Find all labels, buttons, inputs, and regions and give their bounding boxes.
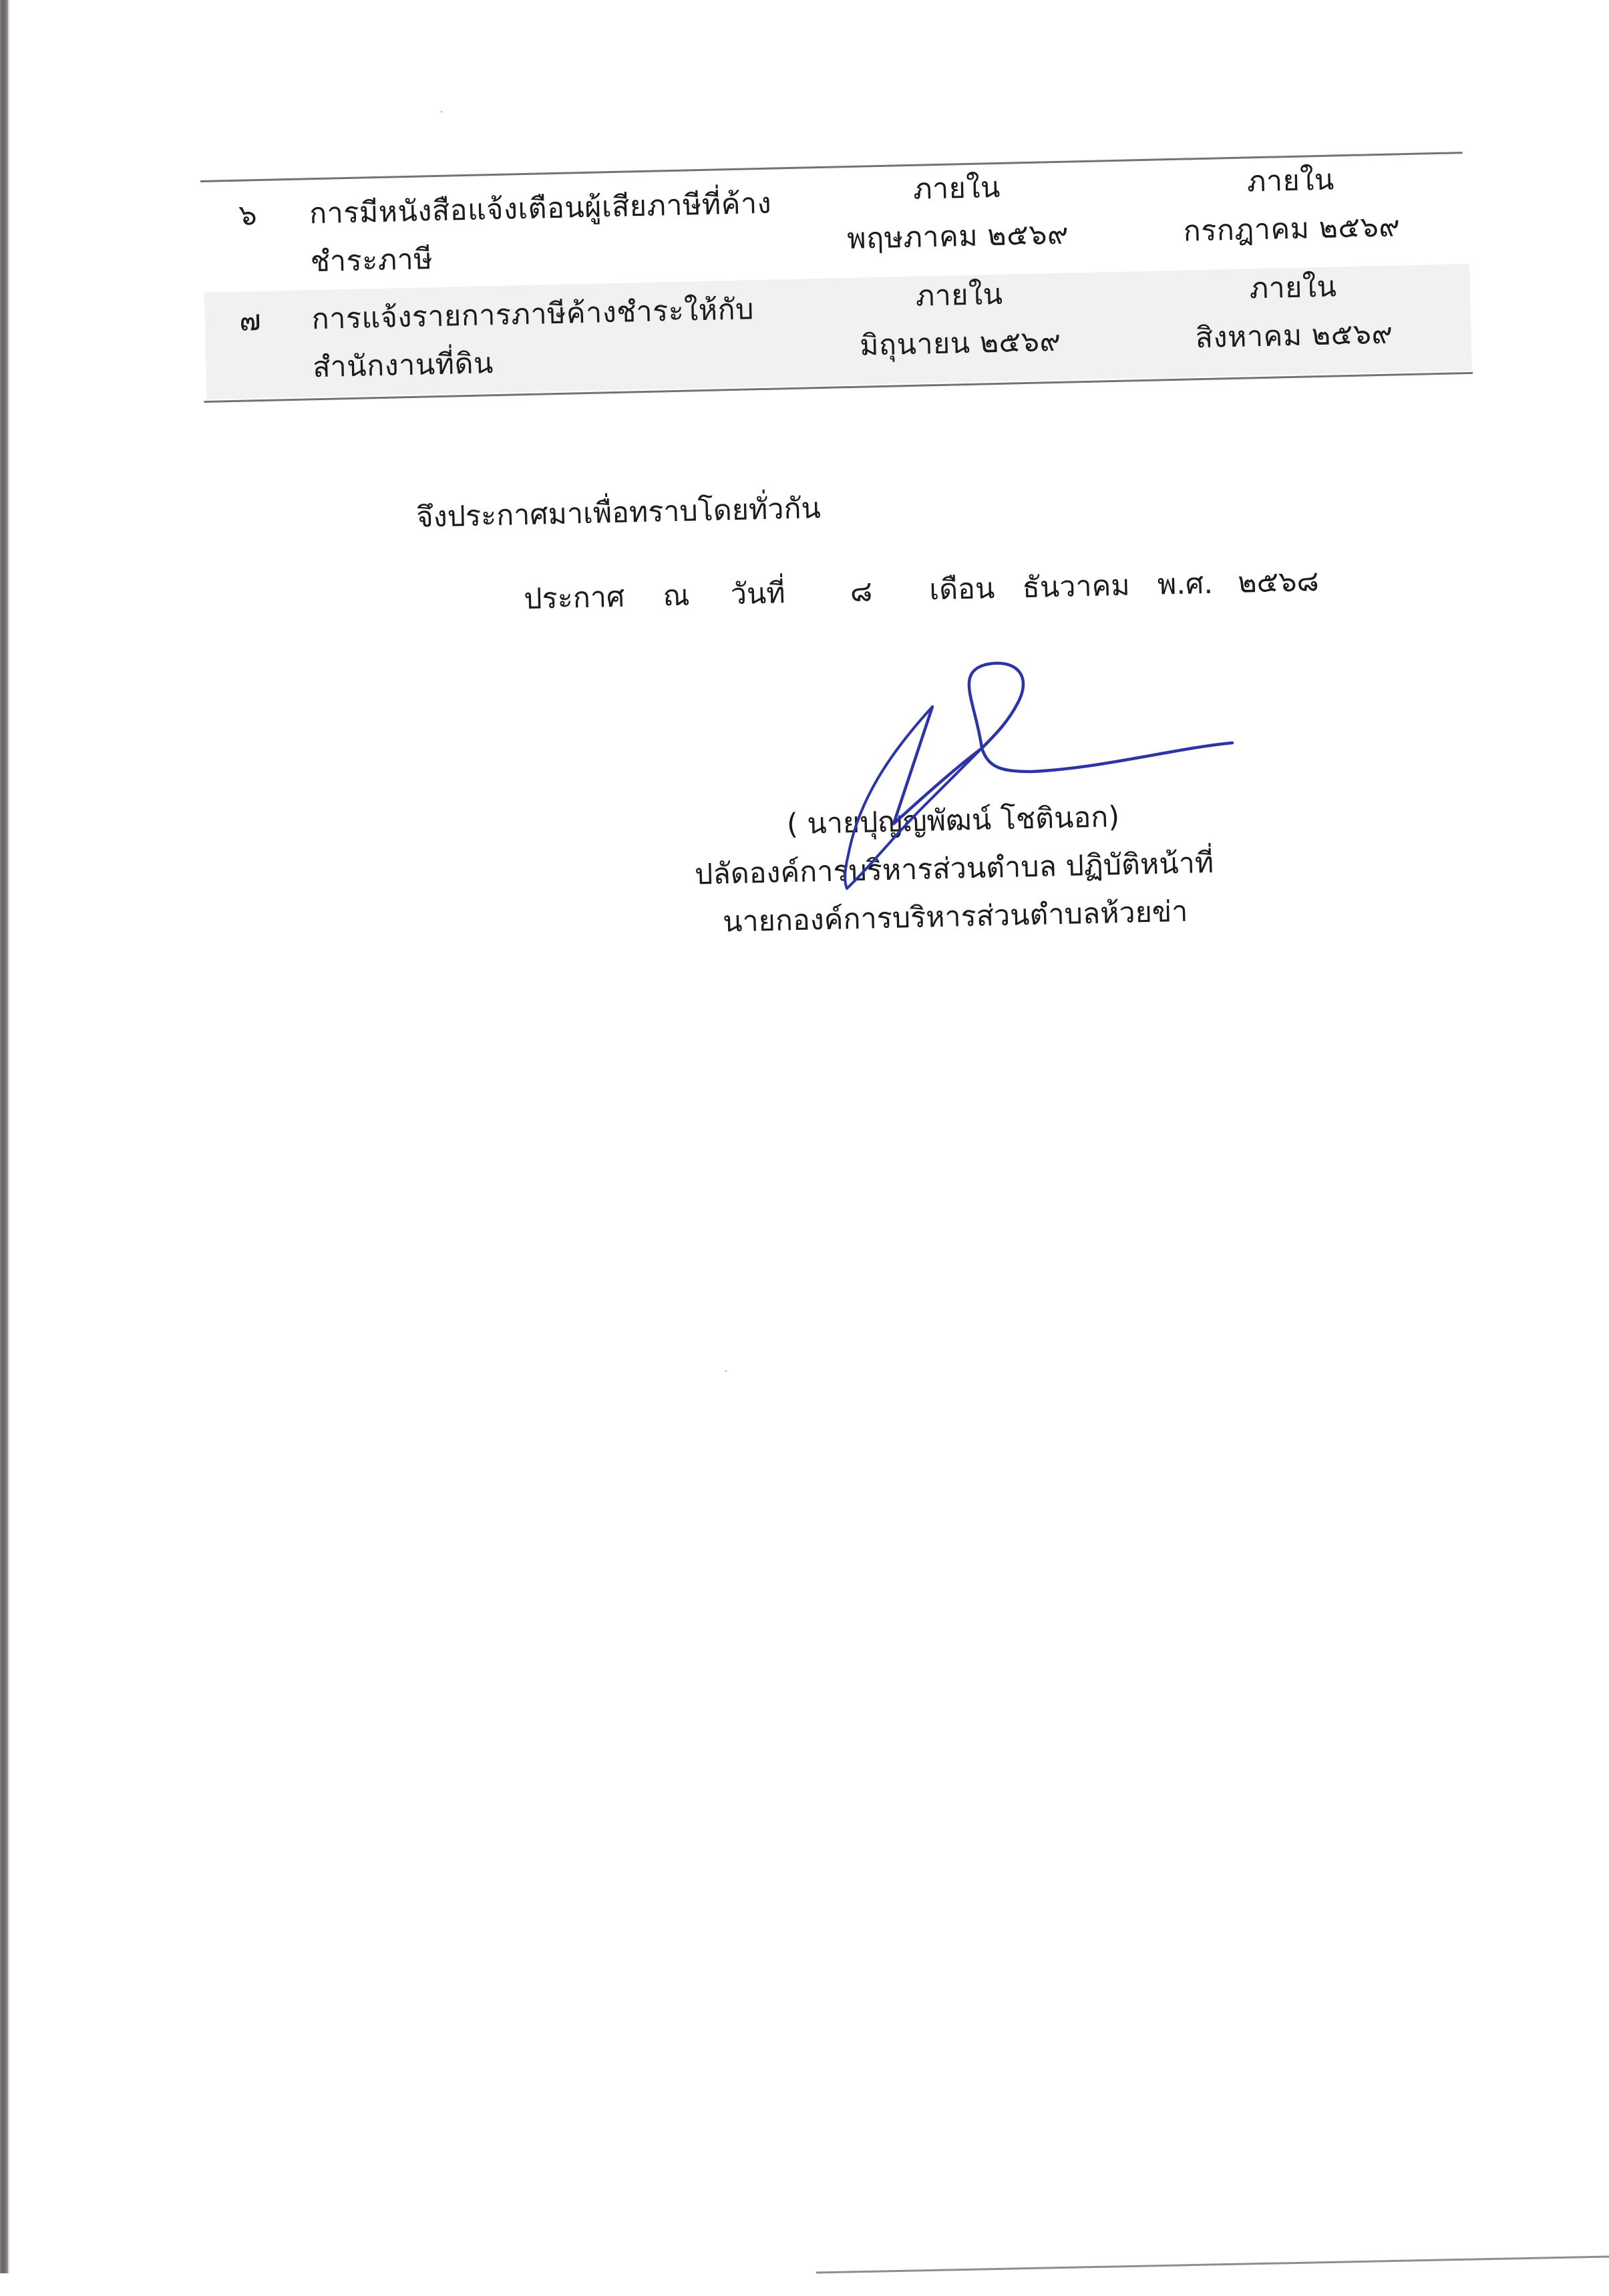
month-value: ธันวาคม [1022, 566, 1130, 609]
table-row: ๖ การมีหนังสือแจ้งเตือนผู้เสียภาษีที่ค้า… [0, 0, 1604, 5]
signature-block: ( นายปุญญพัฒน์ โชตินอก) ปลัดองค์การบริหา… [652, 790, 1256, 947]
announcement-date-line: ประกาศ ณ วันที่ ๘ เดือน ธันวาคม พ.ศ. ๒๕๖… [524, 561, 1320, 619]
day-label: วันที่ [730, 573, 785, 615]
announced-label: ประกาศ [524, 577, 625, 619]
at-label: ณ [663, 576, 690, 617]
day-value: ๘ [850, 571, 873, 612]
schedule-table: ๖ การมีหนังสือแจ้งเตือนผู้เสียภาษีที่ค้า… [0, 0, 1604, 5]
row-end-date: กรกฎาคม ๒๕๖๙ [1151, 202, 1433, 257]
row-description-line2: สำนักงานที่ดิน [313, 339, 494, 391]
row-end-date: สิงหาคม ๒๕๖๙ [1153, 309, 1435, 363]
row-number: ๖ [220, 191, 275, 240]
scan-speck [441, 111, 443, 113]
month-label: เดือน [929, 568, 995, 610]
year-value: ๒๕๖๘ [1238, 561, 1320, 603]
row-description-line2: ชำระภาษี [310, 235, 433, 286]
row-description-line1: การแจ้งรายการภาษีค้างชำระให้กับ [311, 285, 755, 343]
scan-speck [725, 1370, 727, 1372]
closing-statement: จึงประกาศมาเพื่อทราบโดยทั่วกัน [416, 488, 822, 538]
era-label: พ.ศ. [1157, 564, 1213, 605]
row-start-date: พฤษภาคม ๒๕๖๙ [817, 210, 1099, 265]
row-description-line1: การมีหนังสือแจ้งเตือนผู้เสียภาษีที่ค้าง [309, 180, 772, 238]
row-number: ๗ [223, 296, 278, 345]
row-end-label: ภายใน [1150, 154, 1432, 208]
row-start-date: มิถุนายน ๒๕๖๙ [820, 316, 1101, 371]
row-start-label: ภายใน [816, 162, 1098, 216]
row-end-label: ภายใน [1152, 261, 1434, 315]
document-page: ๖ การมีหนังสือแจ้งเตือนผู้เสียภาษีที่ค้า… [0, 0, 1609, 2296]
table-row: ๗ การแจ้งรายการภาษีค้างชำระให้กับ สำนักง… [0, 0, 1604, 5]
row-start-label: ภายใน [818, 269, 1100, 323]
